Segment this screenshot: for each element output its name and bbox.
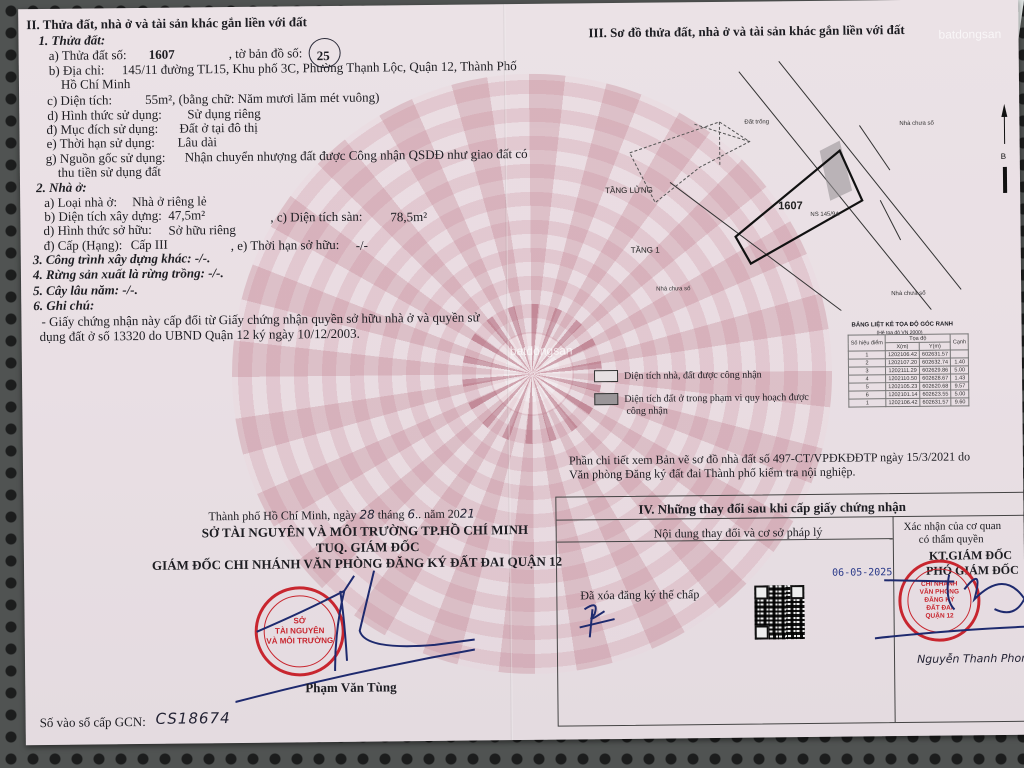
parcel-label: a) Thửa đất số: bbox=[49, 47, 127, 63]
land-heading: 1. Thửa đất: bbox=[38, 32, 105, 48]
signature-nguyen-thanh-phong bbox=[874, 569, 1024, 651]
confirm-col-header-2: có thẩm quyền bbox=[919, 532, 984, 548]
gcn-number: CS18674 bbox=[156, 711, 231, 727]
col-edge: Cạnh bbox=[950, 334, 968, 350]
confirm-signer: Nguyễn Thanh Phong bbox=[917, 651, 1024, 667]
legend-swatch-recognized bbox=[594, 370, 618, 382]
address-line2: Hồ Chí Minh bbox=[61, 76, 130, 92]
forest: 4. Rừng sản xuất là rừng trồng: -/-. bbox=[33, 265, 224, 282]
floor-area-value: 78,5m² bbox=[390, 209, 427, 224]
label-unnumbered-house-2: Nhà chưa số bbox=[656, 286, 691, 292]
day-handwritten: 28 bbox=[359, 508, 374, 522]
map-sheet-label: , tờ bản đồ số: bbox=[229, 45, 303, 61]
label-unnumbered-house-1: Nhà chưa số bbox=[899, 121, 934, 127]
purpose-value: Đất ở tại đô thị bbox=[179, 120, 258, 136]
place-date: Thành phố Hồ Chí Minh, ngày 28 tháng 6..… bbox=[208, 507, 475, 525]
origin-value-line2: thu tiền sử dụng đất bbox=[58, 164, 161, 180]
place-date-prefix: Thành phố Hồ Chí Minh, ngày bbox=[208, 508, 356, 524]
watermark-logo-top: batdongsan bbox=[938, 27, 1001, 42]
label-empty-land: Đất trống bbox=[744, 119, 769, 125]
coord-cell-edge bbox=[950, 350, 968, 358]
changes-col-header: Nội dung thay đổi và cơ sở pháp lý bbox=[654, 525, 823, 542]
coord-table-row: 11202106.42602631.579.60 bbox=[849, 398, 969, 407]
coord-cell-point: 1 bbox=[849, 399, 886, 407]
parcel-number-label: 1607 bbox=[778, 200, 803, 212]
own-term-value: -/- bbox=[356, 238, 368, 253]
ground-floor-label: TẦNG 1 bbox=[631, 245, 661, 255]
own-term-label: , e) Thời hạn sở hữu: bbox=[231, 237, 340, 253]
legend-label-recognized: Diện tích nhà, đất được công nhận bbox=[624, 367, 762, 383]
coord-cell-edge: 9.60 bbox=[951, 398, 969, 406]
notes-heading: 6. Ghi chú: bbox=[33, 297, 94, 313]
coord-cell-x: 1202106.42 bbox=[886, 398, 920, 406]
coord-cell-edge: 5.00 bbox=[951, 390, 969, 398]
floor-area-label: , c) Diện tích sàn: bbox=[270, 209, 362, 225]
coord-table: Số hiệu điểm Tọa độ Cạnh X(m) Y(m) 11202… bbox=[848, 333, 970, 407]
signature-mark-entry bbox=[574, 599, 624, 640]
month-label: tháng bbox=[378, 507, 405, 521]
land-certificate-page: II. Thửa đất, nhà ở và tài sản khác gắn … bbox=[18, 0, 1024, 745]
drum-star-watermark bbox=[461, 303, 602, 444]
area-value: 55m², (bằng chữ: Năm mươi lăm mét vuông) bbox=[145, 89, 379, 106]
parcel-number: 1607 bbox=[149, 47, 175, 62]
legend-swatch-planning bbox=[594, 393, 618, 405]
section-iii-title: III. Sơ đồ thửa đất, nhà ở và tài sản kh… bbox=[588, 22, 904, 40]
qr-code[interactable] bbox=[754, 585, 805, 640]
legend-label-planning-2: công nhận bbox=[626, 403, 668, 418]
perennial: 5. Cây lâu năm: -/-. bbox=[33, 282, 138, 298]
year-label: năm 20 bbox=[424, 507, 460, 521]
label-lane: NS 145/9A bbox=[810, 212, 839, 218]
house-heading: 2. Nhà ở: bbox=[36, 180, 87, 196]
coord-cell-edge: 9.57 bbox=[951, 382, 969, 390]
ownership-value: Sở hữu riêng bbox=[168, 222, 236, 238]
signer-role1: TUQ. GIÁM ĐỐC bbox=[316, 539, 420, 555]
svg-text:B: B bbox=[1001, 152, 1006, 161]
coord-cell-edge: 1.43 bbox=[951, 374, 969, 382]
term-value: Lâu dài bbox=[177, 134, 216, 149]
coord-cell-y: 602631.57 bbox=[920, 398, 951, 406]
year-handwritten: 21 bbox=[460, 507, 475, 521]
col-point: Số hiệu điểm bbox=[848, 335, 885, 351]
section-ii-title: II. Thửa đất, nhà ở và tài sản khác gắn … bbox=[26, 14, 307, 32]
area-label: c) Diện tích: bbox=[47, 92, 112, 108]
term-label: e) Thời hạn sử dụng: bbox=[47, 135, 155, 151]
address-line1: 145/11 đường TL15, Khu phố 3C, Phường Th… bbox=[122, 58, 517, 77]
signer-name: Phạm Văn Tùng bbox=[305, 679, 396, 695]
coord-cell-edge: 5.00 bbox=[951, 366, 969, 374]
label-unnumbered-house-3: Nhà chưa số bbox=[891, 291, 926, 297]
gcn-label: Số vào sổ cấp GCN: bbox=[40, 714, 146, 730]
parcel-diagram: Đất trống Nhà chưa số Nhà chưa số Nhà ch… bbox=[599, 49, 1022, 313]
watermark-logo: batdongsan bbox=[510, 343, 573, 358]
build-area-value: 47,5m² bbox=[168, 207, 205, 222]
coord-cell-edge: 1.40 bbox=[951, 358, 969, 366]
mezzanine-label: TẦNG LỬNG bbox=[605, 185, 653, 195]
detail-line2: Văn phòng Đăng ký đất đai Thành phố kiểm… bbox=[569, 465, 856, 483]
section-iv-title: IV. Những thay đổi sau khi cấp giấy chứn… bbox=[638, 499, 906, 517]
north-arrow-icon: B bbox=[1000, 104, 1008, 193]
month-handwritten: 6 bbox=[407, 507, 415, 521]
ownership-label: d) Hình thức sở hữu: bbox=[43, 222, 152, 238]
